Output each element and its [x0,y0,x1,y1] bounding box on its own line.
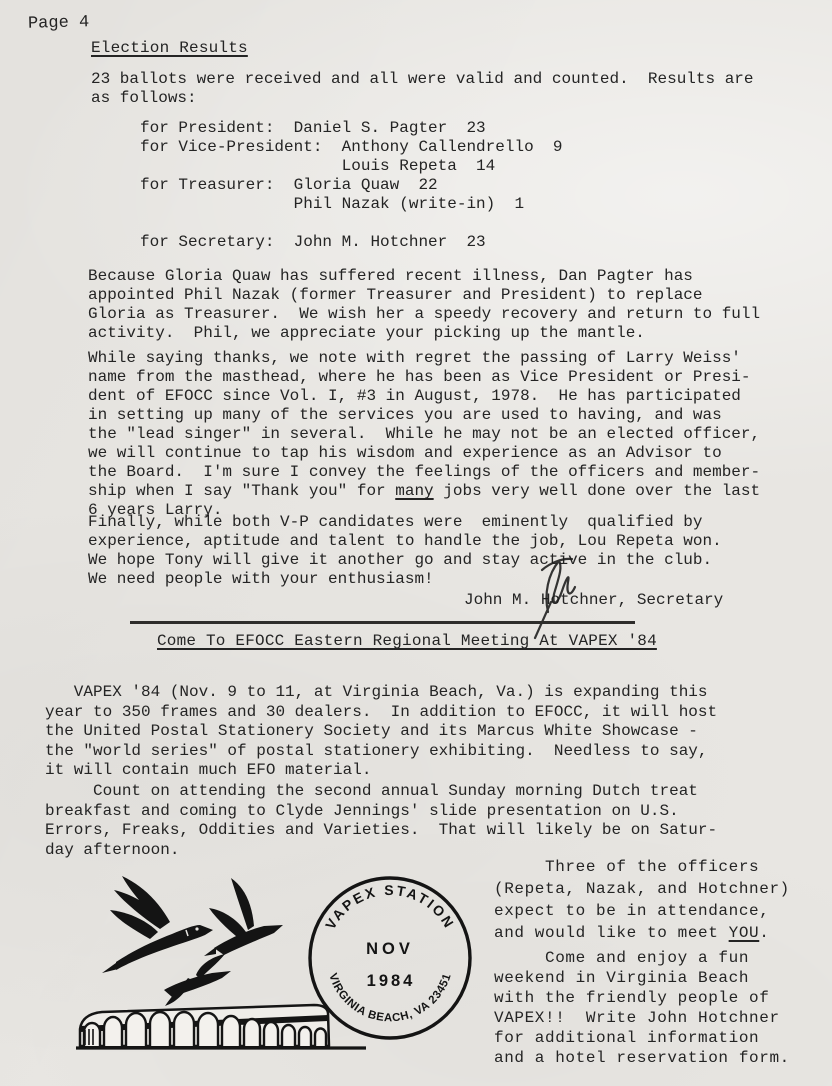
paragraph-three-officers: Three of the officers (Repeta, Nazak, an… [494,856,790,922]
section-divider-rule [130,621,635,624]
postmark-year-text: 1984 [367,972,416,990]
officers-underlined-you: YOU [729,924,760,942]
scanned-newsletter-page: { "page": { "label": "Page 4" }, "colors… [0,0,832,1086]
paragraph-larry-weiss-line8: ship when I say "Thank you" for many job… [88,482,760,501]
duck-small-icon [164,954,231,1006]
paragraph-three-officers-lastline: and would like to meet YOU. [494,922,769,944]
circular-postmark-icon: VAPEX STATION VIRGINIA BEACH, VA 23451 N… [305,873,475,1043]
postmark-top-text: VAPEX STATION [322,882,458,932]
officers-last-suffix: . [759,924,769,942]
secretary-signature-line: John M. Hotchner, Secretary [464,591,723,610]
weiss-underlined-word: many [395,482,433,500]
duck-right-icon [204,878,283,956]
officers-last-prefix: and would like to meet [494,924,729,942]
paragraph-come-and-enjoy: Come and enjoy a fun weekend in Virginia… [494,948,790,1068]
weiss-line8-prefix: ship when I say "Thank you" for [88,482,395,500]
paragraph-count-on-attending: Count on attending the second annual Sun… [45,782,717,860]
election-results-heading: Election Results [91,39,248,58]
vapex-meeting-heading: Come To EFOCC Eastern Regional Meeting A… [157,632,657,651]
duck-large-icon [102,876,213,973]
paragraph-larry-weiss: While saying thanks, we note with regret… [88,349,760,482]
election-results-list: for President: Daniel S. Pagter 23 for V… [140,119,562,252]
paragraph-vapex-expanding: VAPEX '84 (Nov. 9 to 11, at Virginia Bea… [45,683,717,781]
postmark-month-text: NOV [366,940,414,958]
weiss-line8-suffix: jobs very well done over the last [434,482,760,500]
handwritten-signature-icon [518,550,580,642]
election-intro-paragraph: 23 ballots were received and all were va… [91,70,754,108]
page-number: Page 4 [28,13,90,34]
svg-text:VAPEX STATION: VAPEX STATION [322,882,458,932]
paragraph-gloria-quaw: Because Gloria Quaw has suffered recent … [88,267,760,343]
paragraph-finally: Finally, while both V-P candidates were … [88,513,722,589]
